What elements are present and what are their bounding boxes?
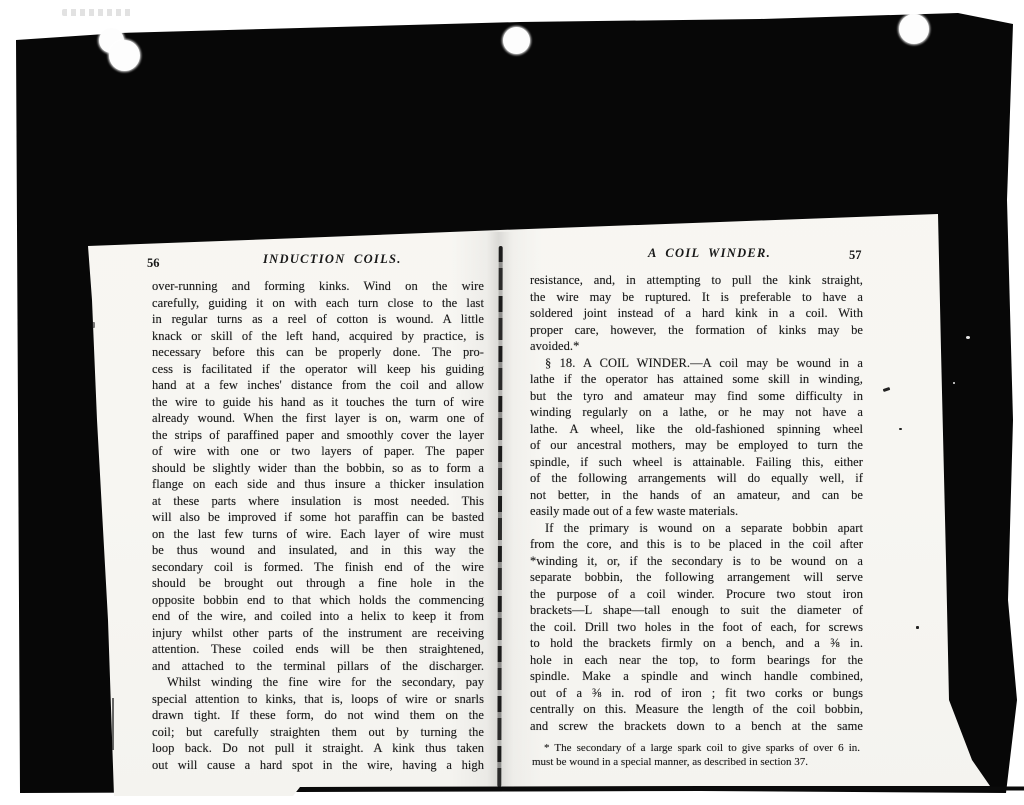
text-line: spindle, if such wheel is attainable. Fa… — [530, 454, 863, 471]
right-page-text: resistance, and, in attempting to pull t… — [530, 272, 863, 734]
ink-speck — [92, 322, 95, 328]
punch-hole-icon — [899, 14, 929, 44]
text-line: out will cause a hard spot in the wire, … — [152, 757, 484, 774]
text-line: should be slightly wider than the bobbin… — [152, 460, 484, 477]
text-line: at these parts where insulation is most … — [152, 493, 484, 510]
text-line: out of a ⅜ in. rod of iron ; fit two cor… — [530, 685, 863, 702]
text-line: drawn tight. If these form, do not wind … — [152, 707, 484, 724]
text-line: cess is facilitated if the operator will… — [152, 361, 484, 378]
text-line: attention. These coiled ends will be the… — [152, 641, 484, 658]
text-line: the purpose of a coil winder. Procure tw… — [530, 586, 863, 603]
left-running-head: INDUCTION COILS. — [263, 252, 402, 267]
text-line: special attention to kinks, that is, loo… — [152, 691, 484, 708]
text-line: spindle. Make a spindle and winch handle… — [530, 668, 863, 685]
text-line: necessary before this can be properly do… — [152, 344, 484, 361]
text-line: brackets—L shape—tall enough to suit the… — [530, 602, 863, 619]
text-line: of the following arrangements will do eq… — [530, 470, 863, 487]
text-line: over-running and forming kinks. Wind on … — [152, 278, 484, 295]
text-line: will also be improved if some hot paraff… — [152, 509, 484, 526]
text-line: not better, in the hands of an amateur, … — [530, 487, 863, 504]
scan-noise-speck — [966, 336, 970, 339]
text-line: lathe. A wheel, like the old-fashioned s… — [530, 421, 863, 438]
text-line: on the last few turns of wire. Each laye… — [152, 526, 484, 543]
text-line: flange on each side and thus insure a th… — [152, 476, 484, 493]
text-line: separate bobbin, the following arrangeme… — [530, 569, 863, 586]
text-line: § 18. A COIL WINDER.—A coil may be wound… — [530, 355, 863, 372]
text-line: but the tyro and amateur may find some d… — [530, 388, 863, 405]
page-edge-crease — [112, 698, 114, 750]
text-line: the strips of paraffined paper and smoot… — [152, 427, 484, 444]
text-line: lathe if the operator has attained some … — [530, 371, 863, 388]
text-line: injury whilst other parts of the instrum… — [152, 625, 484, 642]
text-line: knack or skill of the left hand, acquire… — [152, 328, 484, 345]
text-line: in regular turns as a reel of cotton is … — [152, 311, 484, 328]
right-page-number: 57 — [849, 248, 862, 263]
text-line: easily made out of a few waste materials… — [530, 503, 863, 520]
ink-speck — [899, 428, 902, 430]
text-line: proper care, however, the formation of k… — [530, 322, 863, 339]
text-line: should be brought out through a fine hol… — [152, 575, 484, 592]
text-line: the wire to guide his hand as it touches… — [152, 394, 484, 411]
left-page-text: over-running and forming kinks. Wind on … — [152, 278, 484, 773]
text-line: avoided.* — [530, 338, 863, 355]
footnote: * The secondary of a large spark coil to… — [532, 741, 860, 769]
ink-speck — [916, 626, 919, 629]
text-line: the wire may be ruptured. It is preferab… — [530, 289, 863, 306]
text-line: the coil. Drill two holes in the foot of… — [530, 619, 863, 636]
left-page-number: 56 — [147, 256, 160, 271]
text-line: end of the wire, and coiled into a helix… — [152, 608, 484, 625]
text-line: soldered joint instead of a hard kink in… — [530, 305, 863, 322]
text-line: If the primary is wound on a separate bo… — [530, 520, 863, 537]
scan-noise-speck — [953, 382, 955, 384]
text-line: and screw the brackets down to a bench a… — [530, 718, 863, 735]
text-line: opposite bobbin end to that which holds … — [152, 592, 484, 609]
text-line: *winding it, or, if the secondary is to … — [530, 553, 863, 570]
text-line: Whilst winding the fine wire for the sec… — [152, 674, 484, 691]
punch-hole-icon — [109, 40, 140, 71]
right-running-head: A COIL WINDER. — [648, 246, 771, 261]
text-line: coil; but carefully straighten them out … — [152, 724, 484, 741]
text-line: winding regularly on a lathe, or he may … — [530, 404, 863, 421]
text-line: loop back. Do not pull it straight. A ki… — [152, 740, 484, 757]
text-line: from the core, and this is to be placed … — [530, 536, 863, 553]
punch-hole-icon — [503, 27, 530, 54]
photocopy-smudge — [62, 9, 134, 16]
text-line: to hold the brackets firmly on a bench, … — [530, 635, 863, 652]
text-line: be thus wound and insulated, and in this… — [152, 542, 484, 559]
text-line: already wound. When the first layer is o… — [152, 410, 484, 427]
text-line: hole in each near the top, to form beari… — [530, 652, 863, 669]
text-line: and attached to the terminal pillars of … — [152, 658, 484, 675]
text-line: of our ancestral mothers, may be employe… — [530, 437, 863, 454]
text-line: must be wound in a special manner, as de… — [532, 755, 860, 769]
text-line: carefully, guiding it on with each turn … — [152, 295, 484, 312]
text-line: * The secondary of a large spark coil to… — [532, 741, 860, 755]
text-line: centrally on this. Measure the length of… — [530, 701, 863, 718]
text-line: secondary coil is formed. The finish end… — [152, 559, 484, 576]
text-line: resistance, and, in attempting to pull t… — [530, 272, 863, 289]
text-line: hand at a few inches' distance from the … — [152, 377, 484, 394]
text-line: of wire with one or two layers of paper.… — [152, 443, 484, 460]
